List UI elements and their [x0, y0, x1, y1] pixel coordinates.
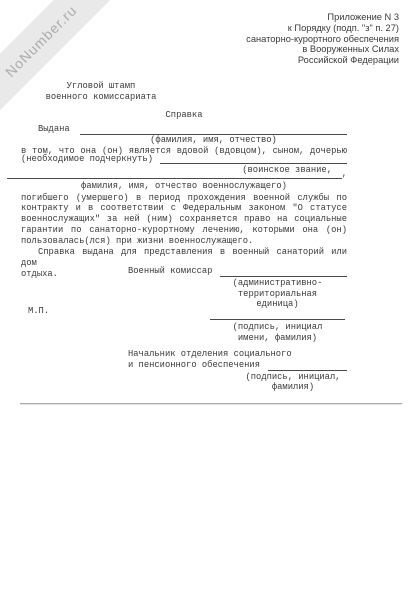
- watermark-text: NoNumber.ru: [2, 2, 80, 80]
- comma: ,: [342, 169, 347, 179]
- signature-blank-row-1: [210, 310, 345, 320]
- signature-blank: [210, 310, 345, 320]
- document-page: NoNumber.ru Приложение N 3 к Порядку (по…: [0, 0, 420, 600]
- caption-line: имени, фамилия): [210, 333, 345, 344]
- caption-line: (подпись, инициал: [210, 322, 345, 333]
- rank-blank: [160, 154, 347, 164]
- underline-note-row: (необходимое подчеркнуть): [21, 154, 347, 164]
- stamp-line: военного комиссариата: [21, 92, 181, 103]
- commissar-label: Военный комиссар: [128, 266, 212, 277]
- paragraph-line: пользовалась(лся) при жизни военнослужащ…: [21, 236, 347, 247]
- paragraph-line: военнослужащих" за ней (ним) сохраняется…: [21, 214, 347, 225]
- underline-note: (необходимое подчеркнуть): [21, 154, 153, 164]
- issued-to-row: Выдана: [21, 124, 347, 135]
- name-caption: фамилия, имя, отчество военнослужащего): [21, 181, 347, 192]
- name-blank: [7, 169, 342, 179]
- header-line: в Вооруженных Силах: [246, 44, 399, 55]
- corner-stamp-note: Угловой штамп военного комиссариата: [21, 81, 181, 103]
- name-blank-row: ,: [7, 169, 347, 179]
- caption-line: территориальная: [210, 289, 345, 300]
- paragraph-line: контракту и в соответствии с Федеральным…: [21, 203, 347, 214]
- commissar-row: Военный комиссар: [21, 266, 347, 277]
- chief-signature-blank: [268, 360, 347, 371]
- chief-row: и пенсионного обеспечения: [21, 360, 347, 371]
- chief-label-line-2: и пенсионного обеспечения: [128, 360, 260, 371]
- issued-caption: (фамилия, имя, отчество): [82, 135, 345, 146]
- header-line: санаторно-курортного обеспечения: [246, 34, 399, 45]
- stamp-line: Угловой штамп: [21, 81, 181, 92]
- appendix-header: Приложение N 3 к Порядку (подп. "з" п. 2…: [246, 12, 399, 66]
- caption-line: (административно-: [210, 278, 345, 289]
- signature-caption-2: (подпись, инициал, фамилия): [241, 372, 345, 393]
- commissar-blank: [220, 266, 347, 277]
- document-title: Справка: [21, 110, 347, 121]
- paragraph-line: гарантии по санаторно-курортному лечению…: [21, 225, 347, 236]
- chief-label-line-1: Начальник отделения социального: [21, 349, 347, 360]
- header-line: к Порядку (подп. "з" п. 27): [246, 23, 399, 34]
- caption-line: (подпись, инициал,: [241, 372, 345, 383]
- header-line: Приложение N 3: [246, 12, 399, 23]
- header-line: Российской Федерации: [246, 55, 399, 66]
- issued-label: Выдана: [21, 124, 70, 135]
- caption-line: фамилия): [241, 382, 345, 393]
- paragraph-line: погибшего (умершего) в период прохождени…: [21, 193, 347, 204]
- issued-name-blank: [80, 124, 347, 135]
- bottom-divider: [20, 403, 402, 405]
- signature-caption-1: (подпись, инициал имени, фамилия): [210, 322, 345, 343]
